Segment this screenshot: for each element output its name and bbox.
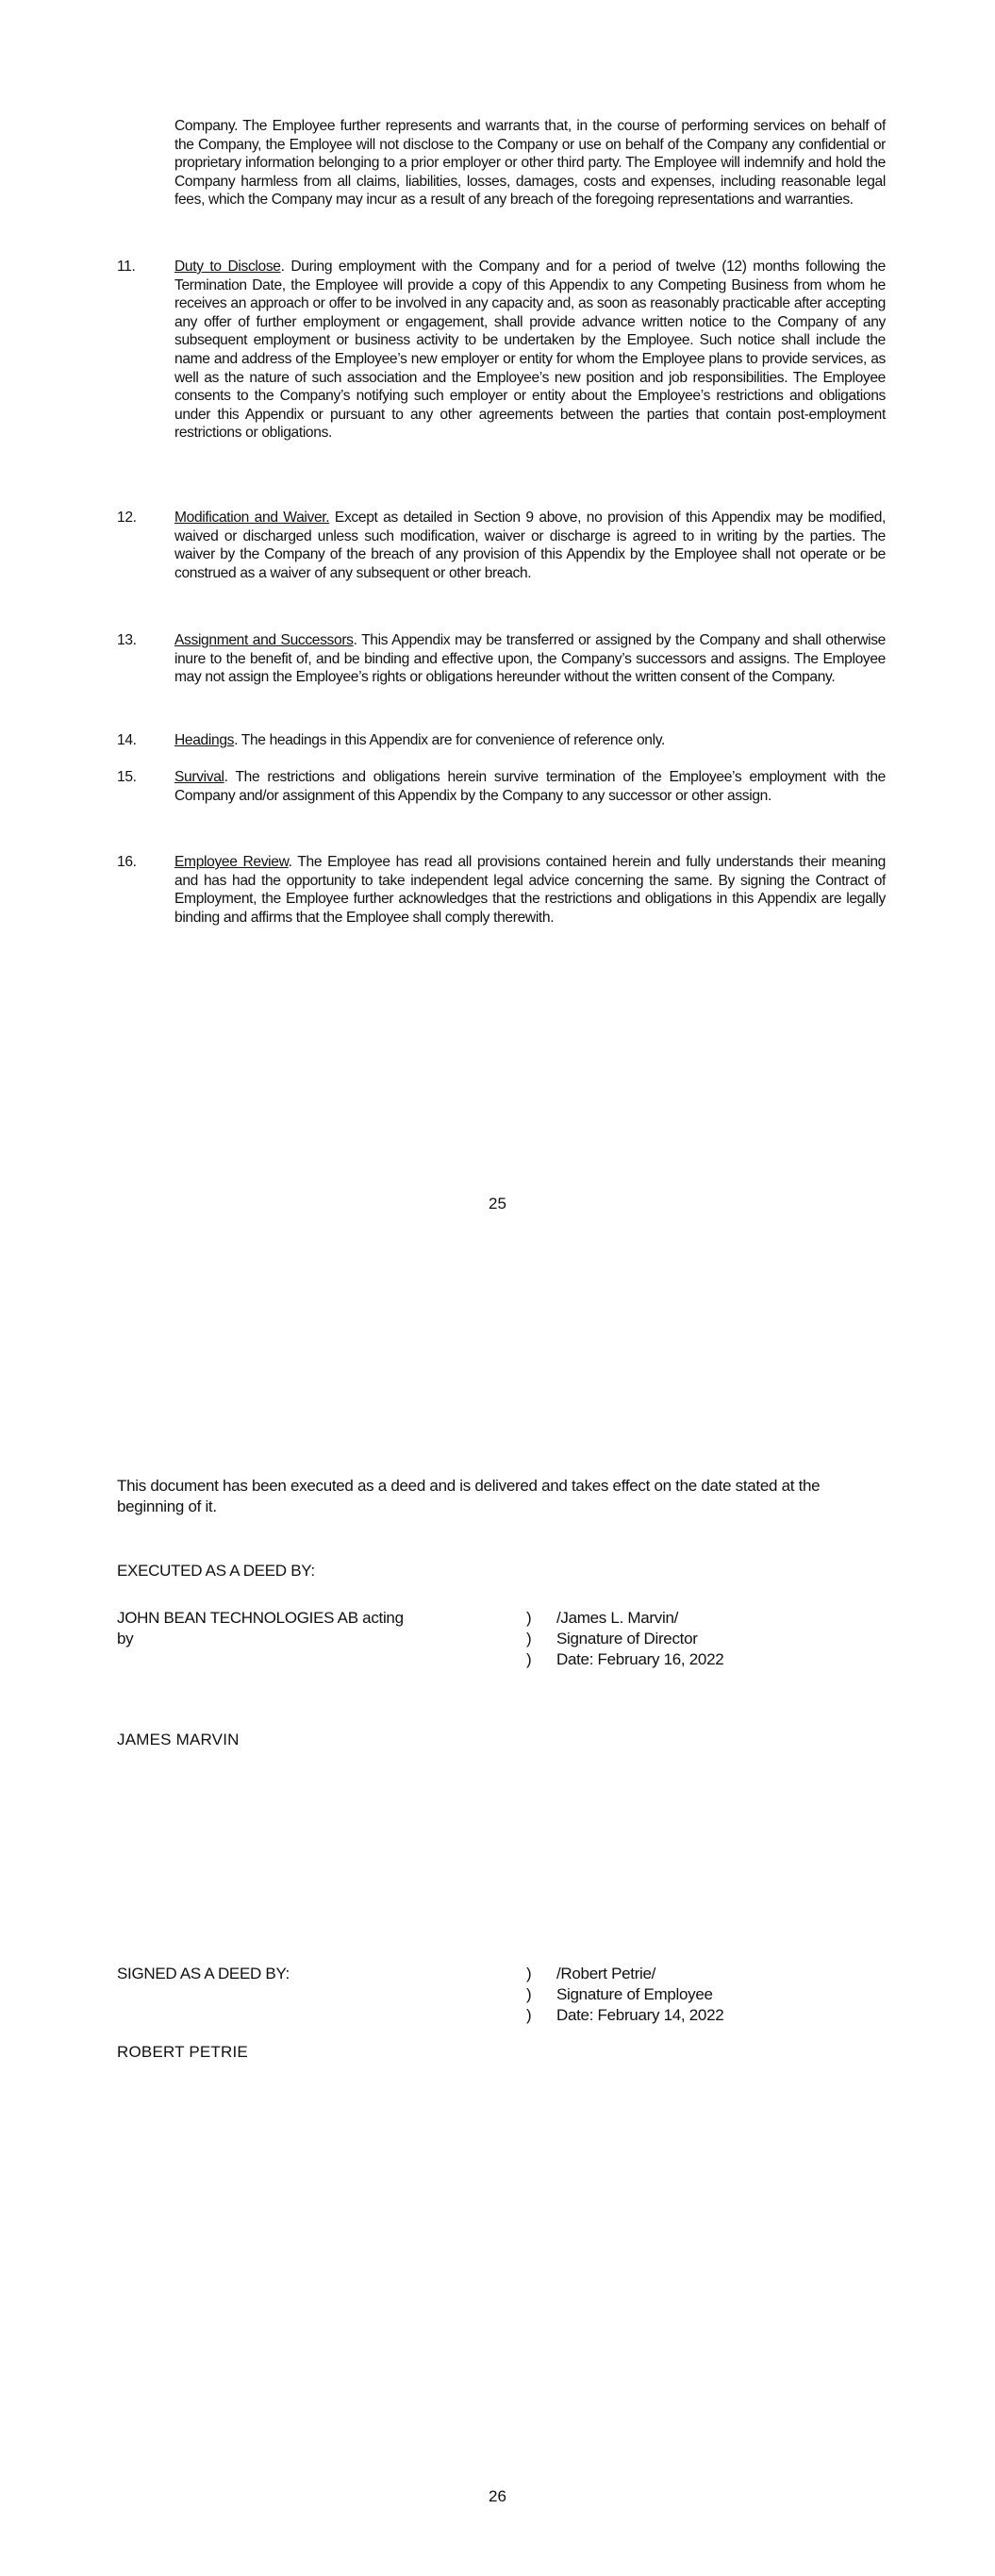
- section-heading: Survival: [174, 769, 224, 785]
- director-signature: /James L. Marvin/: [556, 1608, 678, 1629]
- section-12: 12. Modification and Waiver. Except as d…: [117, 509, 886, 582]
- intro-paragraph: Company. The Employee further represents…: [174, 117, 886, 209]
- section-heading: Duty to Disclose: [174, 259, 281, 275]
- section-number: 15.: [117, 768, 164, 787]
- director-signature-caption: Signature of Director: [556, 1629, 698, 1649]
- section-11: 11. Duty to Disclose. During employment …: [117, 258, 886, 443]
- page-number-26: 26: [0, 2487, 995, 2506]
- section-text: The headings in this Appendix are for co…: [238, 732, 665, 748]
- employee-signatory-label: SIGNED AS A DEED BY:: [117, 1964, 494, 1984]
- executed-heading: EXECUTED AS A DEED BY:: [117, 1561, 886, 1581]
- director-signature-block: )/James L. Marvin/ )Signature of Directo…: [526, 1608, 885, 1670]
- employee-name: ROBERT PETRIE: [117, 2043, 248, 2062]
- director-name: JAMES MARVIN: [117, 1731, 240, 1749]
- section-heading: Employee Review: [174, 854, 289, 870]
- section-13: 13. Assignment and Successors. This Appe…: [117, 631, 886, 687]
- section-number: 12.: [117, 509, 164, 527]
- section-16: 16. Employee Review. The Employee has re…: [117, 853, 886, 927]
- employee-signature-block: )/Robert Petrie/ )Signature of Employee …: [526, 1964, 885, 2026]
- employee-signature-caption: Signature of Employee: [556, 1984, 713, 2005]
- section-15: 15. Survival. The restrictions and oblig…: [117, 768, 886, 805]
- section-number: 11.: [117, 258, 164, 276]
- employee-signature: /Robert Petrie/: [556, 1964, 655, 1984]
- section-text: The restrictions and obligations herein …: [174, 769, 886, 804]
- section-number: 16.: [117, 853, 164, 872]
- page-number-25: 25: [0, 1195, 995, 1213]
- section-heading: Headings: [174, 732, 234, 748]
- company-signatory-label: JOHN BEAN TECHNOLOGIES AB acting by: [117, 1608, 494, 1649]
- section-number: 13.: [117, 631, 164, 650]
- deed-statement: This document has been executed as a dee…: [117, 1476, 886, 1517]
- section-number: 14.: [117, 731, 164, 750]
- section-heading: Assignment and Successors: [174, 632, 354, 648]
- section-text: During employment with the Company and f…: [174, 259, 886, 441]
- director-signature-date: Date: February 16, 2022: [556, 1649, 723, 1670]
- section-14: 14. Headings. The headings in this Appen…: [117, 731, 886, 750]
- section-heading: Modification and Waiver.: [174, 510, 329, 526]
- employee-signature-date: Date: February 14, 2022: [556, 2005, 723, 2026]
